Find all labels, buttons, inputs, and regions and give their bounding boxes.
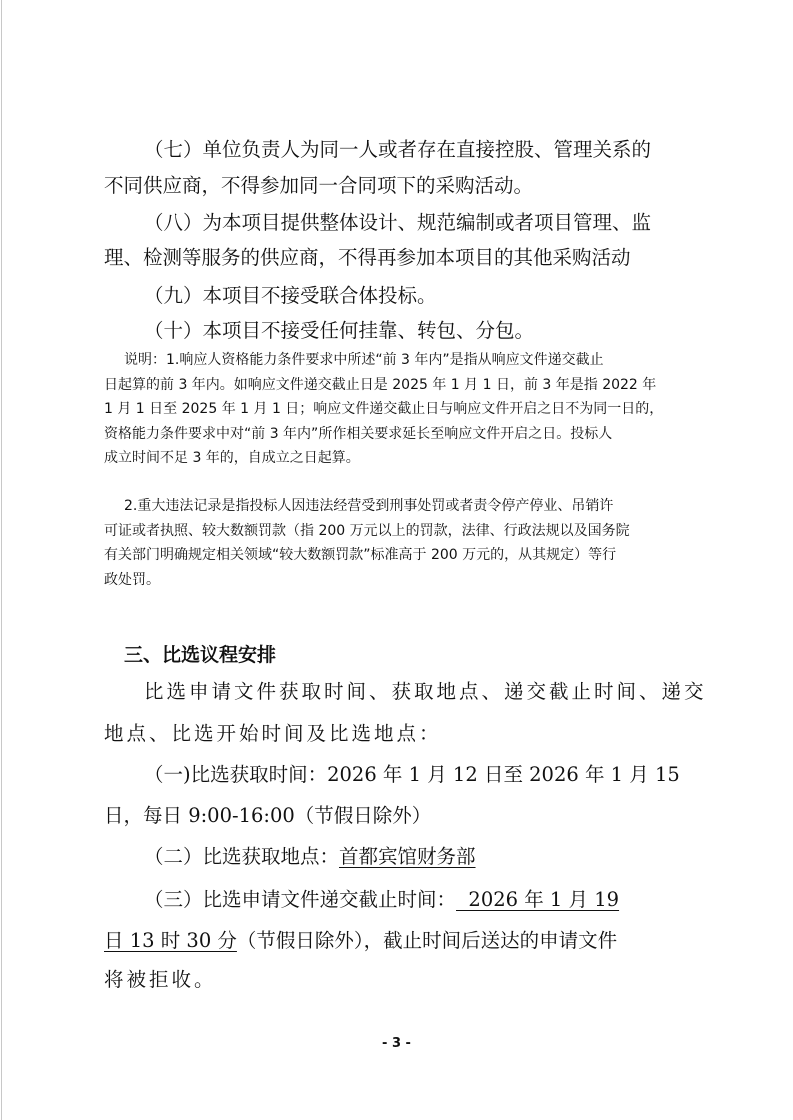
section-3-item-1-line-2: 日，每日 9:00-16:00（节假日除外） [104, 803, 694, 829]
section-3-intro-line-1: 比选申请文件获取时间、获取地点、递交截止时间、递交 [144, 679, 734, 705]
item-3-rest: （节假日除外），截止时间后送达的申请文件 [237, 929, 617, 952]
page-number: - 3 - [0, 1036, 793, 1051]
section-3-item-3-line-1: （三）比选申请文件递交截止时间： 2026 年 1 月 19 [144, 887, 734, 913]
note-1-line-2: 日起算的前 3 年内。如响应文件递交截止日是 2025 年 1 月 1 日，前 … [104, 375, 694, 395]
item-2-label: （二）比选获取地点： [144, 845, 339, 868]
item-2-location-value: 首都宾馆财务部 [339, 845, 476, 868]
item-7-line-2: 不同供应商，不得参加同一合同项下的采购活动。 [104, 173, 694, 199]
section-3-item-3-line-3: 将被拒收。 [104, 967, 694, 993]
section-3-item-1-line-1: （一)比选获取时间：2026 年 1 月 12 日至 2026 年 1 月 15 [144, 762, 734, 788]
note-2-line-4: 政处罚。 [104, 570, 694, 590]
item-8-line-1: （八）为本项目提供整体设计、规范编制或者项目管理、监 [144, 210, 734, 236]
item-3-label: （三）比选申请文件递交截止时间： [144, 888, 456, 911]
note-1-line-4: 资格能力条件要求中对“前 3 年内”所作相关要求延长至响应文件开启之日。投标人 [104, 424, 694, 444]
note-2-line-3: 有关部门明确规定相关领域“较大数额罚款”标准高于 200 万元的，从其规定）等行 [104, 545, 694, 565]
item-8-line-2: 理、检测等服务的供应商，不得再参加本项目的其他采购活动 [104, 245, 694, 271]
section-3-item-2: （二）比选获取地点：首都宾馆财务部 [144, 844, 734, 870]
note-1-line-3: 1 月 1 日至 2025 年 1 月 1 日；响应文件递交截止日与响应文件开启… [104, 399, 694, 419]
section-3-intro-line-2: 地点、比选开始时间及比选地点： [104, 721, 694, 747]
note-1-line-5: 成立时间不足 3 年的，自成立之日起算。 [104, 448, 694, 468]
item-9: （九）本项目不接受联合体投标。 [144, 283, 734, 309]
note-2-line-1: 2.重大违法记录是指投标人因违法经营受到刑事处罚或者责令停产停业、吊销许 [124, 496, 714, 516]
item-3-deadline-time: 日 13 时 30 分 [104, 929, 237, 952]
item-10: （十）本项目不接受任何挂靠、转包、分包。 [144, 318, 734, 344]
note-2-line-2: 可证或者执照、较大数额罚款（指 200 万元以上的罚款，法律、行政法规以及国务院 [104, 521, 694, 541]
item-7-line-1: （七）单位负责人为同一人或者存在直接控股、管理关系的 [144, 137, 734, 163]
note-1-line-1: 说明：1.响应人资格能力条件要求中所述“前 3 年内”是指从响应文件递交截止 [124, 350, 714, 370]
section-3-heading: 三、比选议程安排 [124, 642, 714, 668]
item-3-deadline-date: 2026 年 1 月 19 [456, 888, 619, 911]
section-3-item-3-line-2: 日 13 时 30 分（节假日除外），截止时间后送达的申请文件 [104, 928, 694, 954]
page-left-border [1, 0, 2, 1120]
